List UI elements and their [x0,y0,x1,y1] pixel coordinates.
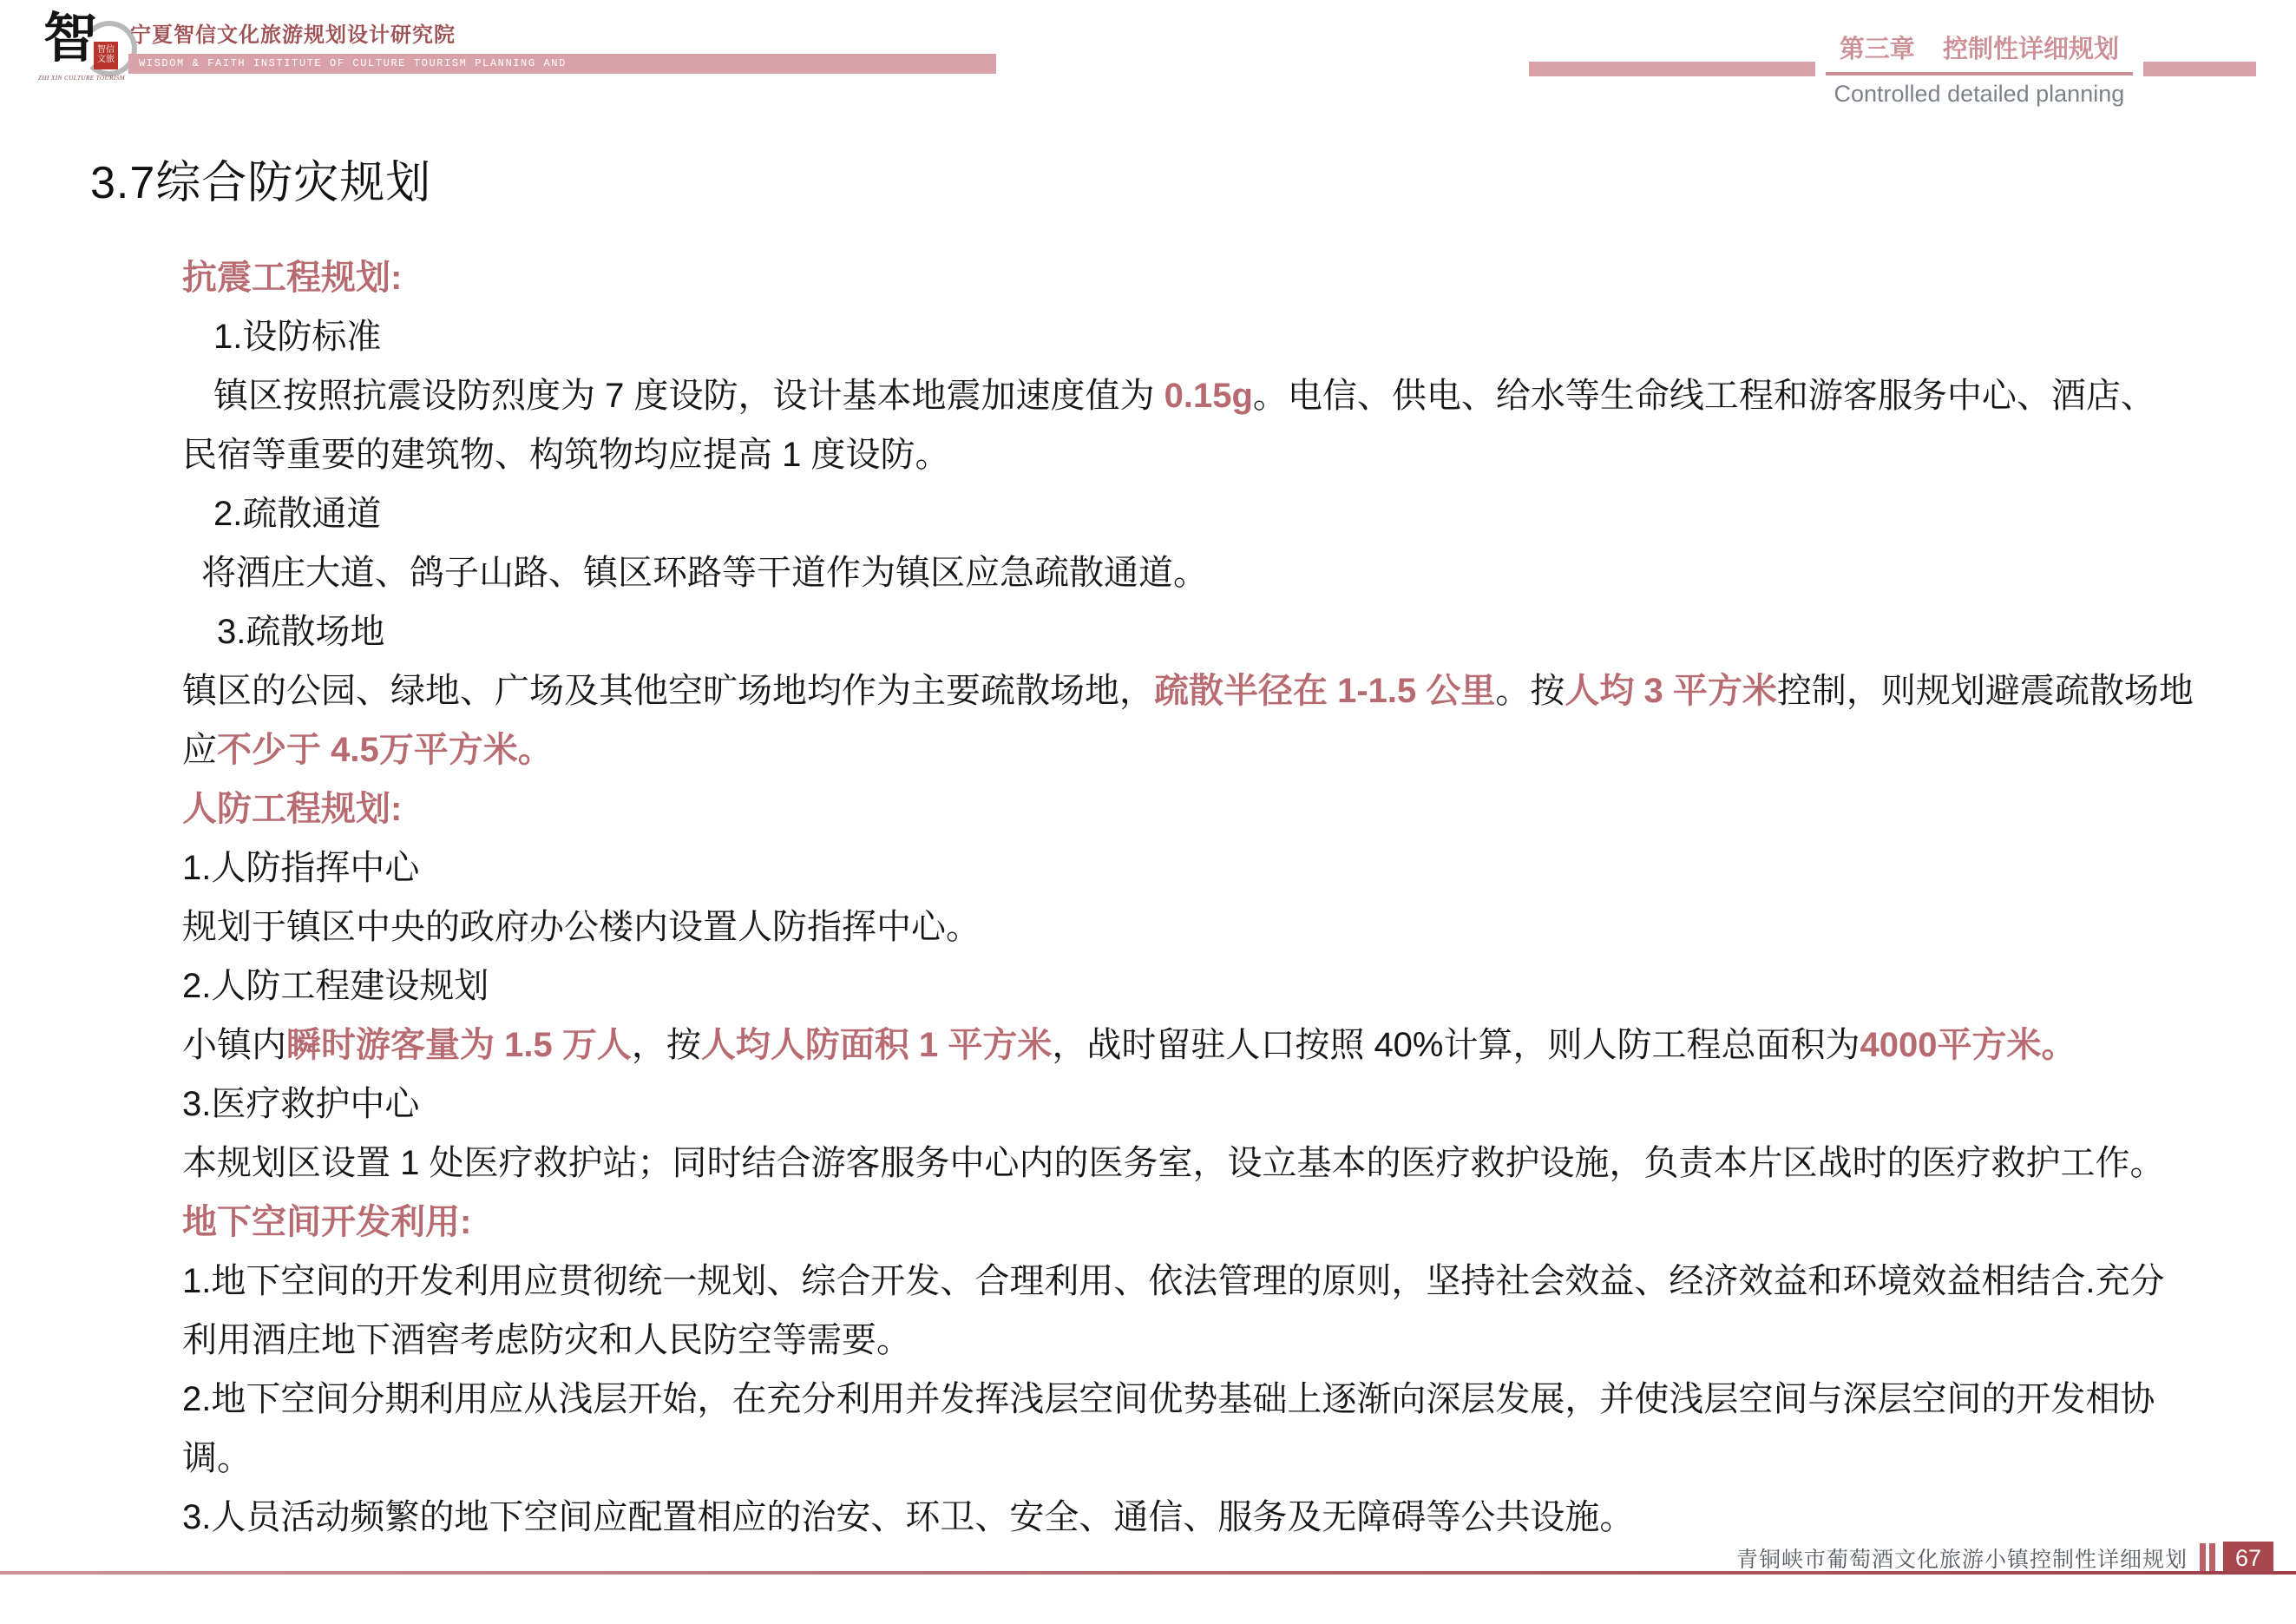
footer-doc-title: 青铜峡市葡萄酒文化旅游小镇控制性详细规划 [1736,1542,2188,1574]
body-line: 应不少于 4.5万平方米。 [182,720,2265,779]
body-text: 抗震工程规划:1.设防标准镇区按照抗震设防烈度为 7 度设防，设计基本地震加速度… [182,248,2265,1547]
text-segment: 规划于镇区中央的政府办公楼内设置人防指挥中心。 [182,908,981,946]
highlight-segment: 人防工程规划: [182,790,402,828]
footer: 青铜峡市葡萄酒文化旅游小镇控制性详细规划 67 [1736,1542,2273,1575]
logo-caption: ZHI XIN CULTURE TOURISM [38,75,168,82]
text-segment: 。按 [1495,672,1565,710]
text-segment: 调。 [182,1439,252,1477]
footer-bars-icon [2200,1543,2219,1573]
body-line: 2.地下空间分期利用应从浅层开始，在充分利用并发挥浅层空间优势基础上逐渐向深层发… [182,1370,2265,1429]
text-segment: 利用酒庄地下酒窖考虑防灾和人民防空等需要。 [182,1321,911,1359]
body-line: 小镇内瞬时游客量为 1.5 万人，按人均人防面积 1 平方米，战时留驻人口按照 … [182,1016,2265,1075]
highlight-segment: 人均 3 平方米 [1565,672,1776,710]
text-segment: 1.地下空间的开发利用应贯彻统一规划、综合开发、合理利用、依法管理的原则，坚持社… [182,1262,2164,1300]
highlight-segment: 地下空间开发利用: [182,1203,471,1241]
chapter-bar-left [1529,62,1815,76]
highlight-segment: 0.15g [1164,377,1253,415]
highlight-segment: 不少于 4.5万平方米。 [217,731,553,769]
highlight-segment: 疏散半径在 1-1.5 公里 [1154,672,1495,710]
body-line: 2.人防工程建设规划 [182,957,2265,1016]
text-segment: 3.医疗救护中心 [182,1085,419,1123]
text-segment: 镇区的公园、绿地、广场及其他空旷场地均作为主要疏散场地， [182,672,1154,710]
text-segment: 2.地下空间分期利用应从浅层开始，在充分利用并发挥浅层空间优势基础上逐渐向深层发… [182,1380,2155,1418]
body-line: 将酒庄大道、鸽子山路、镇区环路等干道作为镇区应急疏散通道。 [182,543,2265,602]
header-band: WISDOM & FAITH INSTITUTE OF CULTURE TOUR… [128,54,996,74]
text-segment: 。电信、供电、给水等生命线工程和游客服务中心、酒店、 [1253,377,2155,415]
text-segment: 2.人防工程建设规划 [182,967,489,1005]
company-name-en: WISDOM & FAITH INSTITUTE OF CULTURE TOUR… [139,57,567,69]
chapter-title-en: Controlled detailed planning [1834,81,2125,108]
body-line: 1.设防标准 [182,307,2265,366]
text-segment: 2.疏散通道 [213,495,381,533]
text-segment: 将酒庄大道、鸽子山路、镇区环路等干道作为镇区应急疏散通道。 [201,554,1208,592]
body-line: 民宿等重要的建筑物、构筑物均应提高 1 度设防。 [182,425,2265,484]
chapter-header: 第三章 控制性详细规划 Controlled detailed planning [1529,30,2256,108]
text-segment: 控制，则规划避震疏散场地 [1777,672,2194,710]
body-line: 镇区的公园、绿地、广场及其他空旷场地均作为主要疏散场地，疏散半径在 1-1.5 … [182,661,2265,720]
body-line: 1.地下空间的开发利用应贯彻统一规划、综合开发、合理利用、依法管理的原则，坚持社… [182,1252,2265,1311]
logo-zhi-glyph: 智 [43,12,97,66]
highlight-segment: 人均人防面积 1 平方米 [701,1026,1052,1064]
text-segment: ，战时留驻人口按照 40%计算，则人防工程总面积为 [1052,1026,1860,1064]
text-segment: 1.设防标准 [213,318,381,356]
highlight-segment: 4000平方米。 [1860,1026,2076,1064]
body-line: 调。 [182,1429,2265,1488]
text-segment: 镇区按照抗震设防烈度为 7 度设防，设计基本地震加速度值为 [213,377,1164,415]
body-line: 3.医疗救护中心 [182,1075,2265,1134]
body-line: 3.疏散场地 [182,602,2265,661]
body-line: 人防工程规划: [182,779,2265,838]
text-segment: 小镇内 [182,1026,286,1064]
body-line: 3.人员活动频繁的地下空间应配置相应的治安、环卫、安全、通信、服务及无障碍等公共… [182,1488,2265,1547]
text-segment: 应 [182,731,217,769]
text-segment: 本规划区设置 1 处医疗救护站；同时结合游客服务中心内的医务室，设立基本的医疗救… [182,1144,2164,1182]
body-line: 地下空间开发利用: [182,1193,2265,1252]
company-name-cn: 宁夏智信文化旅游规划设计研究院 [130,17,456,48]
body-line: 本规划区设置 1 处医疗救护站；同时结合游客服务中心内的医务室，设立基本的医疗救… [182,1134,2265,1193]
chapter-bar-right [2143,62,2256,76]
footer-rule [0,1571,2296,1575]
body-line: 镇区按照抗震设防烈度为 7 度设防，设计基本地震加速度值为 0.15g。电信、供… [182,366,2265,425]
highlight-segment: 抗震工程规划: [182,259,402,297]
highlight-segment: 瞬时游客量为 1.5 万人 [286,1026,632,1064]
text-segment: 3.疏散场地 [217,613,384,651]
body-line: 利用酒庄地下酒窖考虑防灾和人民防空等需要。 [182,1311,2265,1370]
body-line: 抗震工程规划: [182,248,2265,307]
text-segment: 民宿等重要的建筑物、构筑物均应提高 1 度设防。 [182,436,949,474]
page-title: 3.7综合防灾规划 [90,146,431,211]
text-segment: ，按 [632,1026,701,1064]
body-line: 1.人防指挥中心 [182,838,2265,897]
page-number: 67 [2223,1542,2273,1575]
body-line: 2.疏散通道 [182,484,2265,543]
text-segment: 3.人员活动频繁的地下空间应配置相应的治安、环卫、安全、通信、服务及无障碍等公共… [182,1498,1634,1536]
body-line: 规划于镇区中央的政府办公楼内设置人防指挥中心。 [182,897,2265,957]
chapter-title-cn: 第三章 控制性详细规划 [1826,30,2133,76]
logo-seal-icon: 智信文旅 [94,42,118,69]
text-segment: 1.人防指挥中心 [182,849,419,887]
